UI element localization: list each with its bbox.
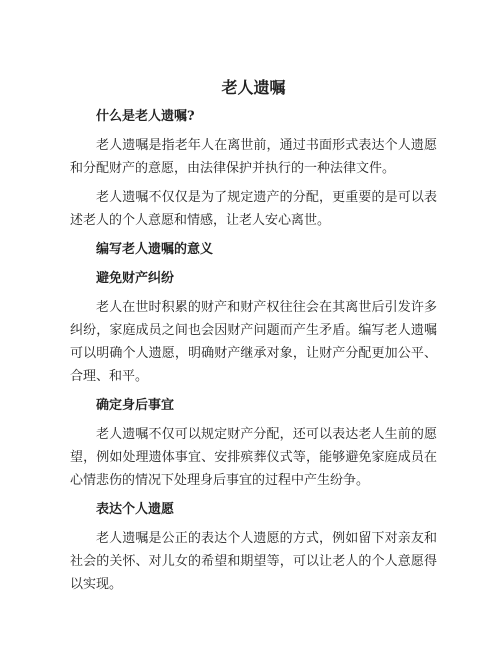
section-heading-meaning: 编写老人遗嘱的意义 (70, 238, 437, 261)
document-page: 老人遗嘱 什么是老人遗嘱? 老人遗嘱是指老年人在离世前，通过书面形式表达个人遗愿… (0, 0, 500, 647)
section-heading-avoid-disputes: 避免财产纠纷 (70, 267, 437, 290)
paragraph-purpose: 老人遗嘱不仅仅是为了规定遗产的分配，更重要的是可以表述老人的个人意愿和情感，让老… (70, 186, 437, 232)
paragraph-avoid-disputes: 老人在世时积累的财产和财产权往往会在其离世后引发许多纠纷，家庭成员之间也会因财产… (70, 296, 437, 388)
paragraph-personal-wishes: 老人遗嘱是公正的表达个人遗愿的方式，例如留下对亲友和社会的关怀、对儿女的希望和期… (70, 527, 437, 596)
paragraph-after-death-matters: 老人遗嘱不仅可以规定财产分配，还可以表达老人生前的愿望，例如处理遗体事宜、安排殡… (70, 423, 437, 492)
paragraph-definition: 老人遗嘱是指老年人在离世前，通过书面形式表达个人遗愿和分配财产的意愿，由法律保护… (70, 134, 437, 180)
section-heading-personal-wishes: 表达个人遗愿 (70, 498, 437, 521)
section-heading-what-is: 什么是老人遗嘱? (70, 105, 437, 128)
section-heading-after-death-matters: 确定身后事宜 (70, 394, 437, 417)
document-title: 老人遗嘱 (70, 76, 437, 100)
